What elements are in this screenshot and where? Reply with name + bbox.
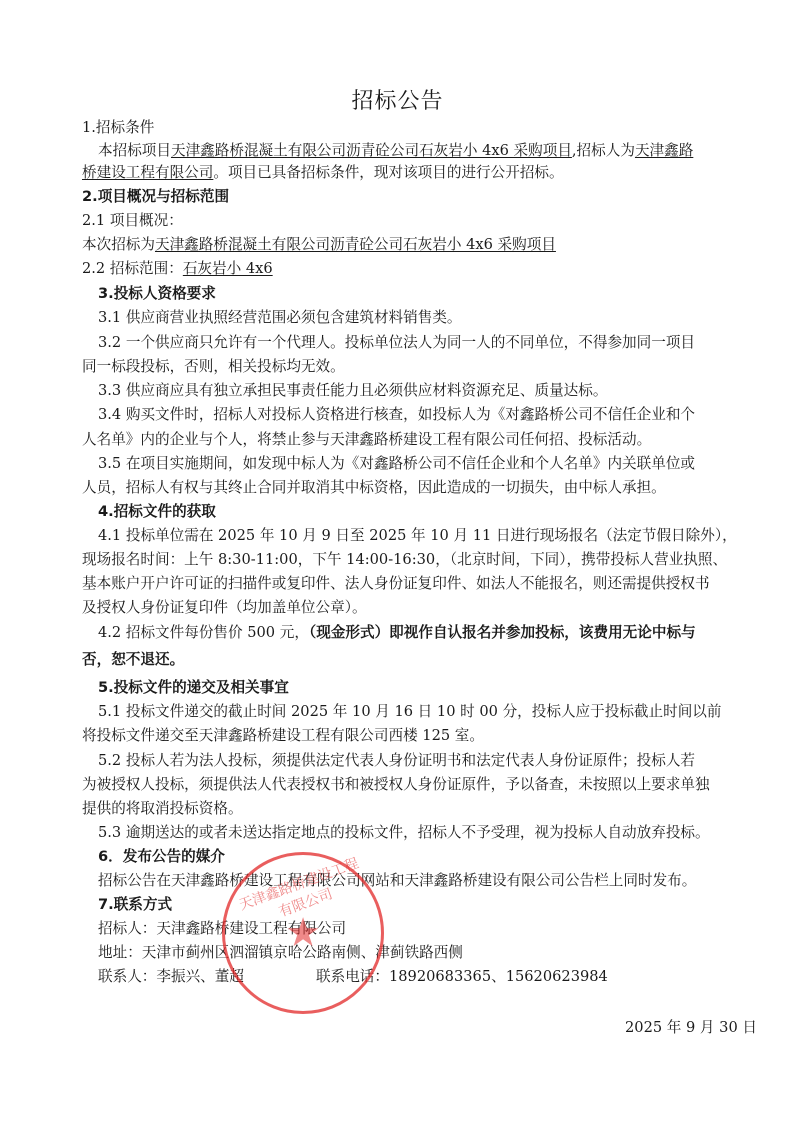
section-2-1-text: 本次招标为天津鑫路桥混凝土有限公司沥青砼公司石灰岩小 4x6 采购项目 (82, 235, 758, 255)
section-5-line: 将投标文件递交至天津鑫路桥建设工程有限公司西楼 125 室。 (82, 726, 758, 746)
contact-line: 联系人：李振兴、董超 联系电话：18920683365、15620623984 (98, 967, 774, 987)
text: 。项目已具备招标条件，现对该项目的进行公开招标。 (213, 164, 563, 181)
text: 本招标项目 (98, 142, 171, 159)
text: 本次招标为 (82, 236, 155, 253)
project-name: 天津鑫路桥混凝土有限公司沥青砼公司石灰岩小 4x6 采购项目 (155, 236, 556, 253)
section-3-line: 同一标段投标，否则，相关投标均无效。 (82, 357, 758, 377)
section-5-line: 5.1 投标文件递交的截止时间 2025 年 10 月 16 日 10 时 00… (98, 702, 774, 722)
tenderer-name: 天津鑫路 (635, 142, 693, 159)
section-3-line: 3.2 一个供应商只允许有一个代理人。投标单位法人为同一人的不同单位，不得参加同… (98, 333, 774, 353)
section-1-heading: 1.招标条件 (82, 118, 758, 138)
contact-tenderer: 招标人：天津鑫路桥建设工程有限公司 (98, 919, 774, 939)
section-2-2: 2.2 招标范围：石灰岩小 4x6 (82, 259, 758, 279)
section-1-paragraph: 本招标项目天津鑫路桥混凝土有限公司沥青砼公司石灰岩小 4x6 采购项目,招标人为… (98, 141, 774, 161)
page-title: 招标公告 (0, 84, 795, 115)
tenderer-name: 桥建设工程有限公司 (82, 164, 213, 181)
section-5-line: 5.2 投标人若为法人投标，须提供法定代表人身份证明书和法定代表人身份证原件；投… (98, 751, 774, 771)
section-2-1-label: 2.1 项目概况： (82, 211, 758, 231)
section-4-2-line-cont: 否，恕不退还。 (82, 650, 758, 670)
section-3-line: 3.1 供应商营业执照经营范围必须包含建筑材料销售类。 (98, 308, 774, 328)
text: 2.2 招标范围： (82, 260, 183, 277)
section-4-line: 基本账户开户许可证的扫描件或复印件、法人身份证复印件、如法人不能报名，则还需提供… (82, 574, 758, 594)
scope-value: 石灰岩小 4x6 (183, 260, 273, 277)
section-3-line: 3.4 购买文件时，招标人对投标人资格进行核查，如投标人为《对鑫路桥公司不信任企… (98, 405, 774, 425)
project-name: 天津鑫路桥混凝土有限公司沥青砼公司石灰岩小 4x6 采购项目 (171, 142, 572, 159)
section-1-paragraph-cont: 桥建设工程有限公司。项目已具备招标条件，现对该项目的进行公开招标。 (82, 163, 758, 183)
section-3-line: 人名单》内的企业与个人，将禁止参与天津鑫路桥建设工程有限公司任何招、投标活动。 (82, 430, 758, 450)
text: ,招标人为 (572, 142, 635, 159)
section-6-heading: 6．发布公告的媒介 (98, 847, 774, 867)
section-2-heading: 2.项目概况与招标范围 (82, 187, 758, 207)
section-3-line: 3.5 在项目实施期间，如发现中标人为《对鑫路桥公司不信任企业和个人名单》内关联… (98, 454, 774, 474)
section-3-heading: 3.投标人资格要求 (98, 284, 774, 304)
section-3-line: 人员，招标人有权与其终止合同并取消其中标资格，因此造成的一切损失，由中标人承担。 (82, 478, 758, 498)
section-4-line: 4.1 投标单位需在 2025 年 10 月 9 日至 2025 年 10 月 … (98, 526, 774, 546)
section-5-heading: 5.投标文件的递交及相关事宜 (98, 678, 774, 698)
section-6-text: 招标公告在天津鑫路桥建设工程有限公司网站和天津鑫路桥建设有限公司公告栏上同时发布… (98, 871, 774, 891)
section-7-heading: 7.联系方式 (98, 895, 774, 915)
section-5-line: 5.3 逾期送达的或者未送达指定地点的投标文件，招标人不予受理，视为投标人自动放… (98, 823, 774, 843)
section-5-line: 为被授权人投标，须提供法人代表授权书和被授权人身份证原件，予以备查，未按照以上要… (82, 775, 758, 795)
section-4-line: 现场报名时间：上午 8:30-11:00，下午 14:00-16:30，（北京时… (82, 550, 758, 570)
issue-date: 2025 年 9 月 30 日 (625, 1016, 757, 1037)
section-5-line: 提供的将取消投标资格。 (82, 799, 758, 819)
section-4-heading: 4.招标文件的获取 (98, 502, 774, 522)
section-3-line: 3.3 供应商应具有独立承担民事责任能力且必须供应材料资源充足、质量达标。 (98, 381, 774, 401)
section-4-2-line: 4.2 招标文件每份售价 500 元，（现金形式）即视作自认报名并参加投标，该费… (98, 623, 774, 643)
bold-text: （现金形式）即视作自认报名并参加投标，该费用无论中标与 (309, 624, 696, 641)
document-page: 招标公告 1.招标条件 本招标项目天津鑫路桥混凝土有限公司沥青砼公司石灰岩小 4… (0, 0, 795, 1124)
contact-phone: 联系电话：18920683365、15620623984 (316, 967, 608, 987)
contact-address: 地址：天津市蓟州区泗溜镇京哈公路南侧、津蓟铁路西侧 (98, 943, 774, 963)
section-4-line: 及授权人身份证复印件（均加盖单位公章）。 (82, 598, 758, 618)
text: 4.2 招标文件每份售价 500 元， (98, 624, 309, 641)
contact-person: 联系人：李振兴、董超 (98, 968, 244, 985)
